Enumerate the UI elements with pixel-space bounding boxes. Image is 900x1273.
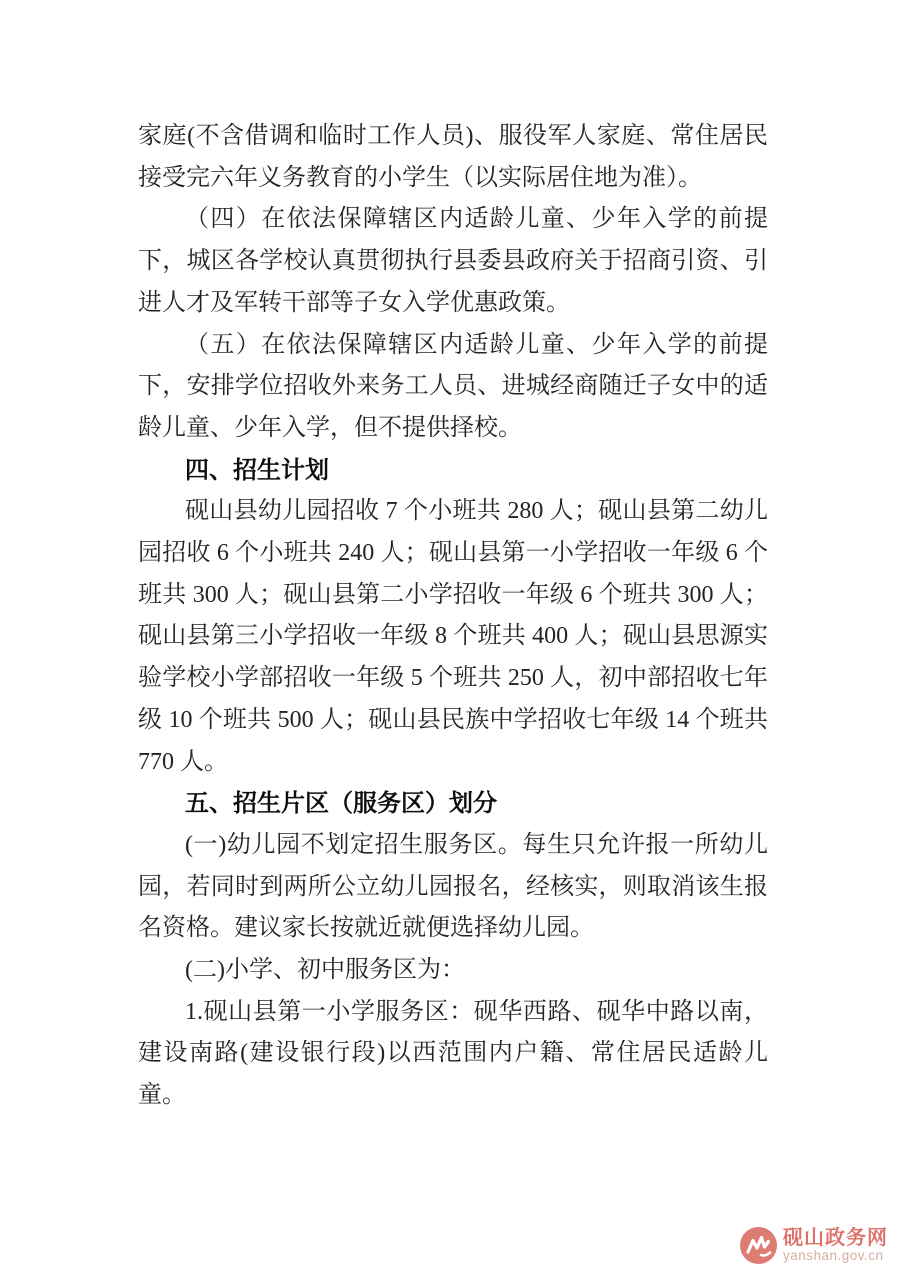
- section-heading-service-zones: 五、招生片区（服务区）划分: [138, 783, 768, 825]
- site-name: 砚山政务网: [783, 1228, 888, 1249]
- section-heading-enrollment-plan: 四、招生计划: [138, 450, 768, 492]
- document-body: 家庭(不含借调和临时工作人员)、服役军人家庭、常住居民接受完六年义务教育的小学生…: [138, 116, 768, 1117]
- paragraph-school-zones-intro: (二)小学、初中服务区为：: [138, 950, 768, 992]
- paragraph-enrollment-plan: 砚山县幼儿园招收 7 个小班共 280 人；砚山县第二幼儿园招收 6 个小班共 …: [138, 491, 768, 783]
- site-watermark: 砚山政务网 yanshan.gov.cn: [740, 1227, 888, 1264]
- paragraph-first-primary-zone: 1.砚山县第一小学服务区：砚华西路、砚华中路以南，建设南路(建设银行段)以西范围…: [138, 992, 768, 1117]
- paragraph-item-5: （五）在依法保障辖区内适龄儿童、少年入学的前提下，安排学位招收外来务工人员、进城…: [138, 325, 768, 450]
- paragraph-kindergarten-zone: (一)幼儿园不划定招生服务区。每生只允许报一所幼儿园，若同时到两所公立幼儿园报名…: [138, 825, 768, 950]
- paragraph-item-4: （四）在依法保障辖区内适龄儿童、少年入学的前提下，城区各学校认真贯彻执行县委县政…: [138, 199, 768, 324]
- mountain-m-icon: [740, 1227, 777, 1264]
- paragraph-continuation: 家庭(不含借调和临时工作人员)、服役军人家庭、常住居民接受完六年义务教育的小学生…: [138, 116, 768, 199]
- site-url: yanshan.gov.cn: [783, 1249, 888, 1263]
- watermark-text: 砚山政务网 yanshan.gov.cn: [783, 1228, 888, 1263]
- document-page: 家庭(不含借调和临时工作人员)、服役军人家庭、常住居民接受完六年义务教育的小学生…: [0, 0, 900, 1273]
